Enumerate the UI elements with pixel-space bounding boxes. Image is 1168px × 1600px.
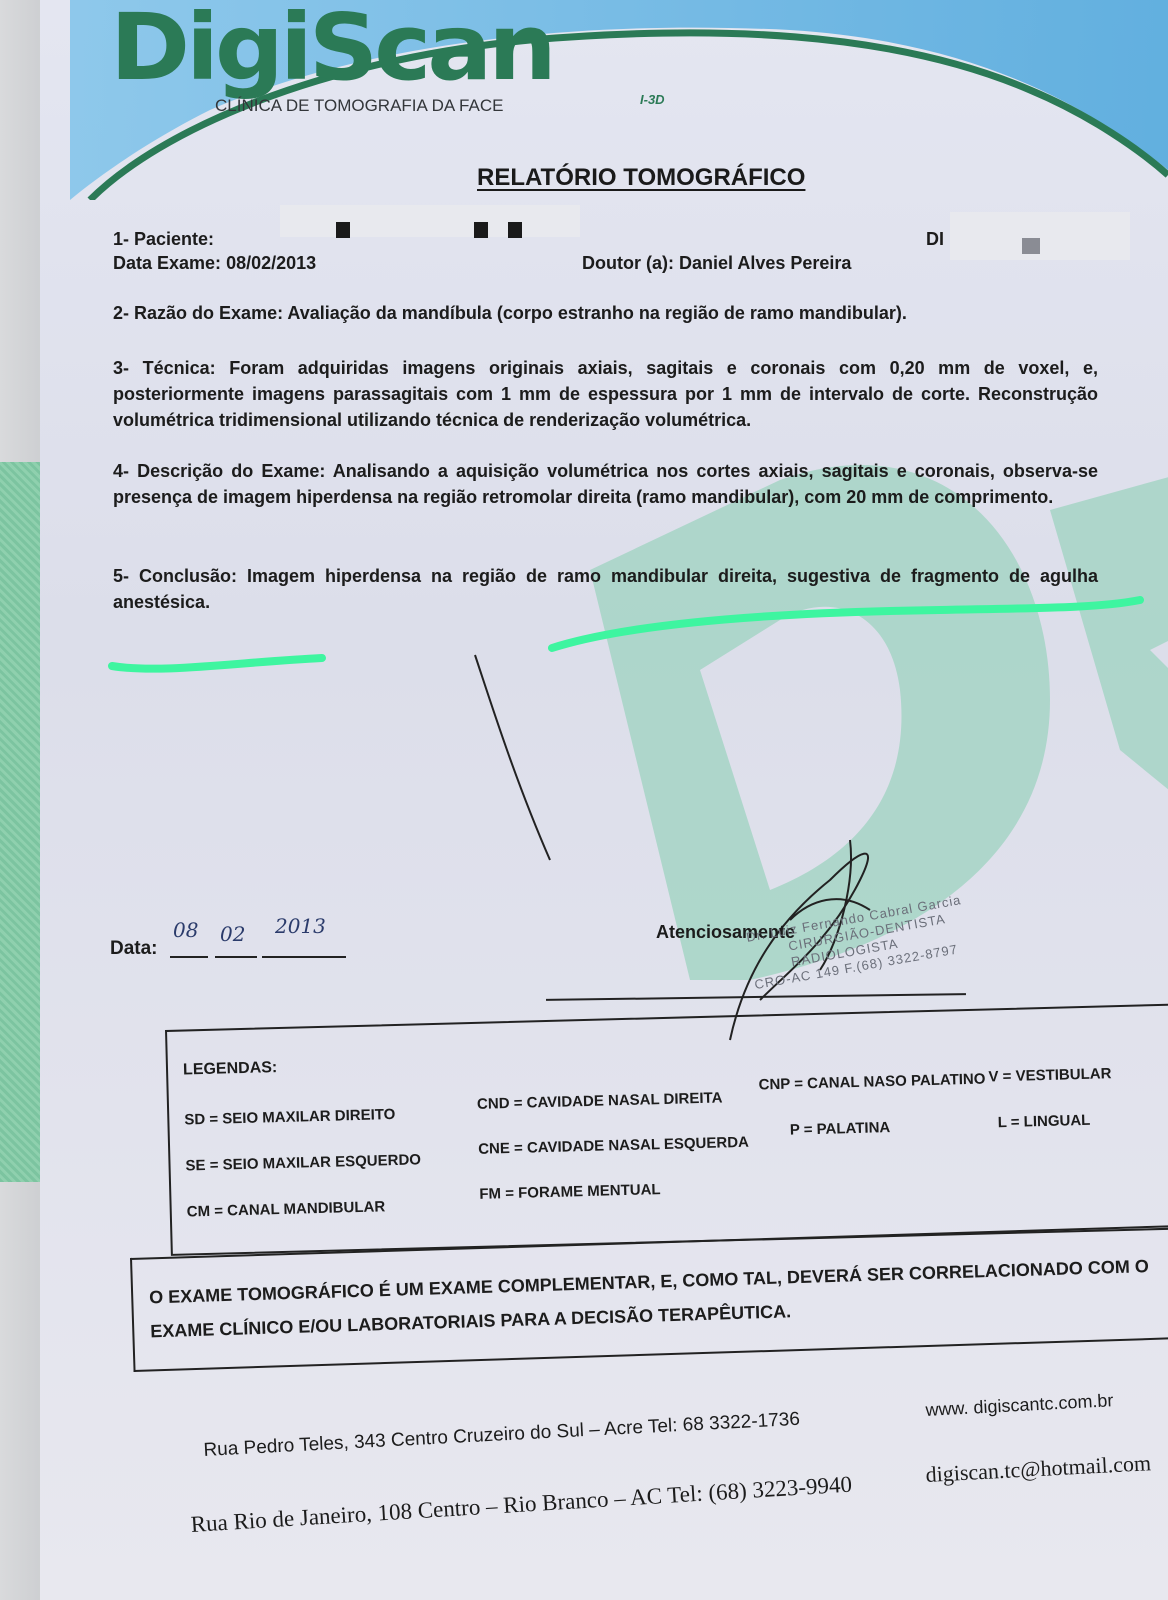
legend-item: P = PALATINA: [790, 1119, 891, 1139]
date-label: Data:: [110, 938, 158, 960]
redaction-block: [474, 222, 488, 238]
clinic-tagline: CLÍNICA DE TOMOGRAFIA DA FACE: [215, 96, 503, 116]
date-year: 2013: [275, 914, 326, 938]
date-month-line: [215, 956, 257, 958]
legend-item: L = LINGUAL: [997, 1112, 1090, 1131]
report-title: RELATÓRIO TOMOGRÁFICO: [477, 164, 805, 192]
section-number: 3-: [113, 358, 129, 378]
section-heading: Técnica:: [143, 358, 216, 378]
legend-item: V = VESTIBULAR: [988, 1065, 1111, 1085]
exam-date: Data Exame: 08/02/2013: [113, 250, 316, 276]
exam-date-value: 08/02/2013: [226, 253, 316, 273]
dn-redaction: [950, 212, 1130, 260]
legend-item: SD = SEIO MAXILAR DIREITO: [184, 1106, 395, 1129]
clinic-badge: I-3D: [640, 92, 665, 107]
section-text: Avaliação da mandíbula (corpo estranho n…: [287, 303, 906, 323]
redaction-block: [336, 222, 350, 238]
footer-website: www. digiscantc.com.br: [925, 1390, 1114, 1421]
legend-box: LEGENDAS: SD = SEIO MAXILAR DIREITO SE =…: [165, 1003, 1168, 1255]
green-cloth: [0, 462, 42, 1182]
section-reason: 2- Razão do Exame: Avaliação da mandíbul…: [113, 300, 1098, 326]
section-text: Foram adquiridas imagens originais axiai…: [113, 358, 1098, 430]
exam-date-label: Data Exame:: [113, 253, 221, 273]
patient-name-redaction: [280, 205, 580, 237]
report-page: DigiScan CLÍNICA DE TOMOGRAFIA DA FACE I…: [40, 0, 1168, 1600]
section-description: 4- Descrição do Exame: Analisando a aqui…: [113, 458, 1098, 510]
date-month: 02: [220, 922, 245, 946]
patient-label: 1- Paciente:: [113, 226, 214, 252]
notice-line-2: EXAME CLÍNICO E/OU LABORATORIAIS PARA A …: [150, 1301, 791, 1342]
legend-item: CNE = CAVIDADE NASAL ESQUERDA: [478, 1134, 749, 1158]
legend-item: FM = FORAME MENTUAL: [479, 1181, 661, 1203]
dn-label: DI: [926, 226, 944, 252]
footer-address-1: Rua Pedro Teles, 343 Centro Cruzeiro do …: [203, 1409, 800, 1462]
doctor-name: Daniel Alves Pereira: [679, 253, 851, 273]
date-year-line: [262, 956, 346, 958]
notice-line-1: O EXAME TOMOGRÁFICO É UM EXAME COMPLEMEN…: [149, 1256, 1149, 1308]
section-heading: Razão do Exame:: [134, 303, 283, 323]
footer-address-2: Rua Rio de Janeiro, 108 Centro – Rio Bra…: [190, 1472, 853, 1538]
doctor: Doutor (a): Daniel Alves Pereira: [582, 250, 851, 276]
legend-item: CND = CAVIDADE NASAL DIREITA: [477, 1089, 723, 1112]
legend-item: CNP = CANAL NASO PALATINO: [758, 1071, 985, 1094]
clinic-logo: DigiScan: [110, 2, 553, 94]
legend-item: SE = SEIO MAXILAR ESQUERDO: [185, 1151, 421, 1174]
doctor-label: Doutor (a):: [582, 253, 674, 273]
section-technique: 3- Técnica: Foram adquiridas imagens ori…: [113, 355, 1098, 433]
date-day: 08: [173, 918, 198, 942]
redaction-block: [508, 222, 522, 238]
section-number: 4-: [113, 461, 129, 481]
footer-email: digiscan.tc@hotmail.com: [925, 1450, 1152, 1488]
section-number: 2-: [113, 303, 129, 323]
legend-item: CM = CANAL MANDIBULAR: [187, 1198, 386, 1220]
section-heading: Descrição do Exame:: [137, 461, 325, 481]
redaction-block: [1022, 238, 1040, 254]
date-day-line: [170, 956, 208, 958]
legend-heading: LEGENDAS:: [183, 1059, 278, 1079]
